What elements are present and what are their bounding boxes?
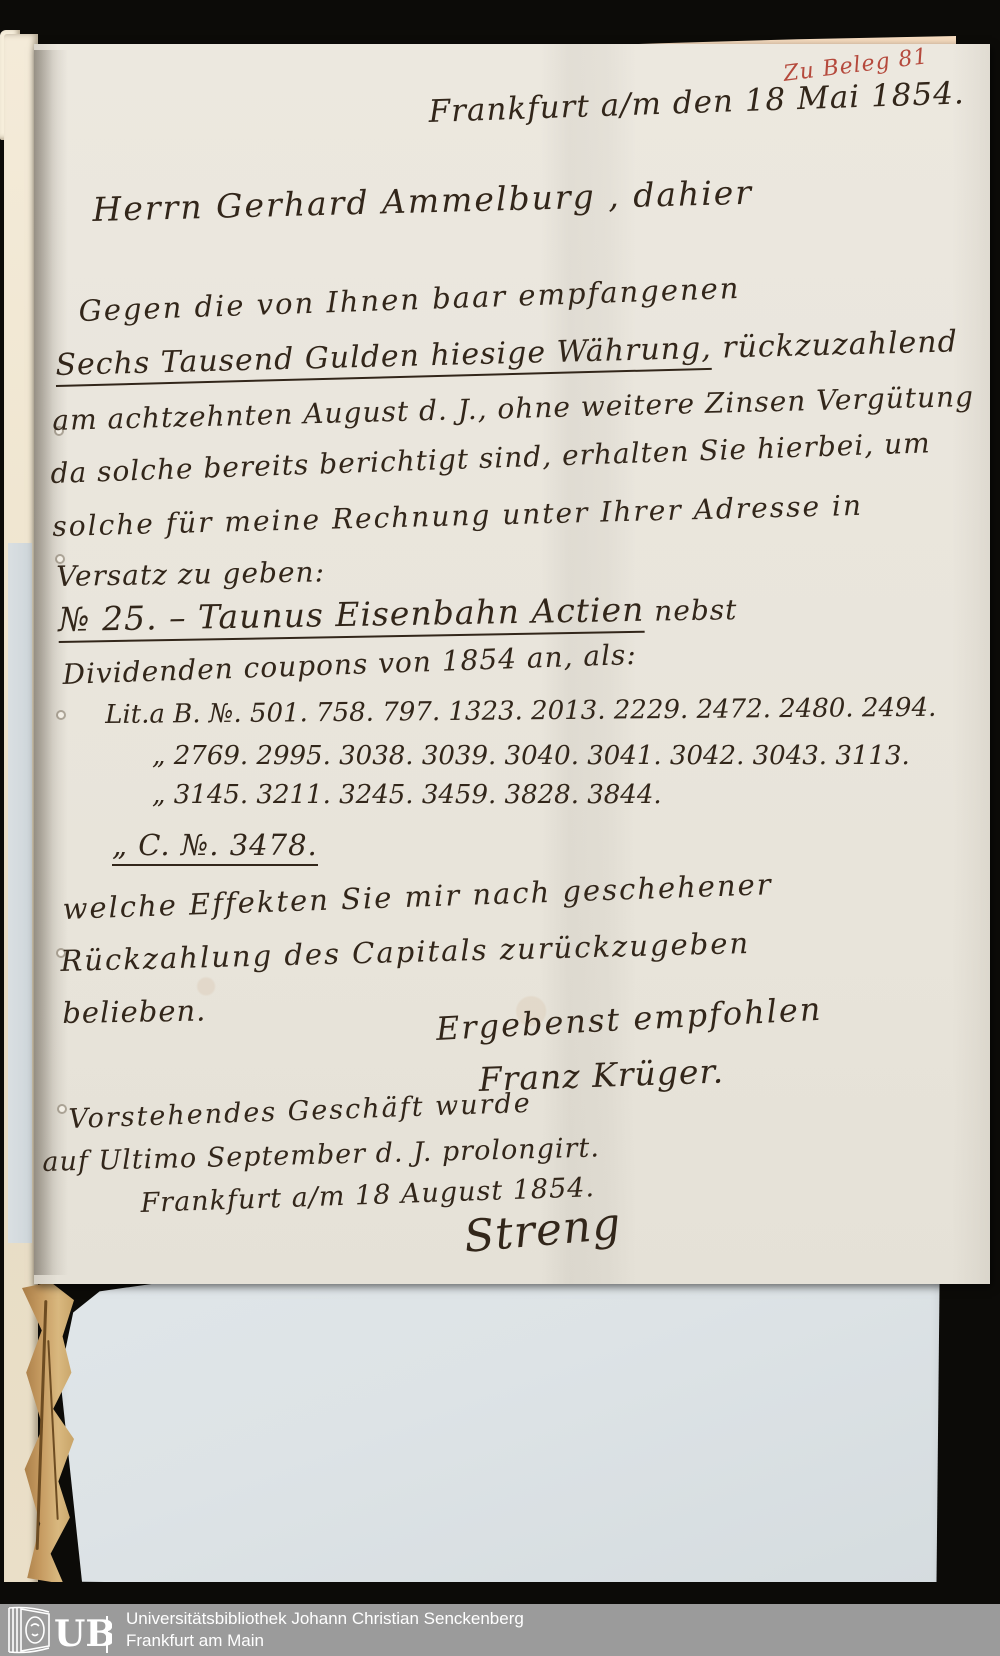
underlying-blue-sheet-edge [8,543,32,1243]
body-line-6: Versatz zu geben: [56,555,325,593]
library-name-block: Universitätsbibliothek Johann Christian … [126,1608,524,1652]
securities-rest: nebst [644,593,738,628]
share-numbers-b3: „ 3145. 3211. 3245. 3459. 3828. 3844. [152,780,662,810]
scanned-archive-page: { "document": { "archival_note": "Zu Bel… [0,0,1000,1656]
share-numbers-c-text: „ C. №. 3478. [112,828,318,866]
ub-logo: UB [0,1604,112,1656]
amount-rest: rückzuzahlend [711,324,958,365]
stitch-hole [59,1106,65,1112]
share-numbers-c: „ C. №. 3478. [112,828,318,862]
library-name-line2: Frankfurt am Main [126,1630,524,1652]
ub-logo-icon: UB [6,1606,112,1654]
library-footer-bar: UB Universitätsbibliothek Johann Christi… [0,1604,1000,1656]
stitch-hole [58,712,64,718]
ub-logo-text: UB [54,1613,112,1654]
library-name-line1: Universitätsbibliothek Johann Christian … [126,1608,524,1630]
closing-line-3: belieben. [62,993,207,1030]
scan-background-gap [0,1582,1000,1604]
share-numbers-b2: „ 2769. 2995. 3038. 3039. 3040. 3041. 30… [152,741,910,771]
